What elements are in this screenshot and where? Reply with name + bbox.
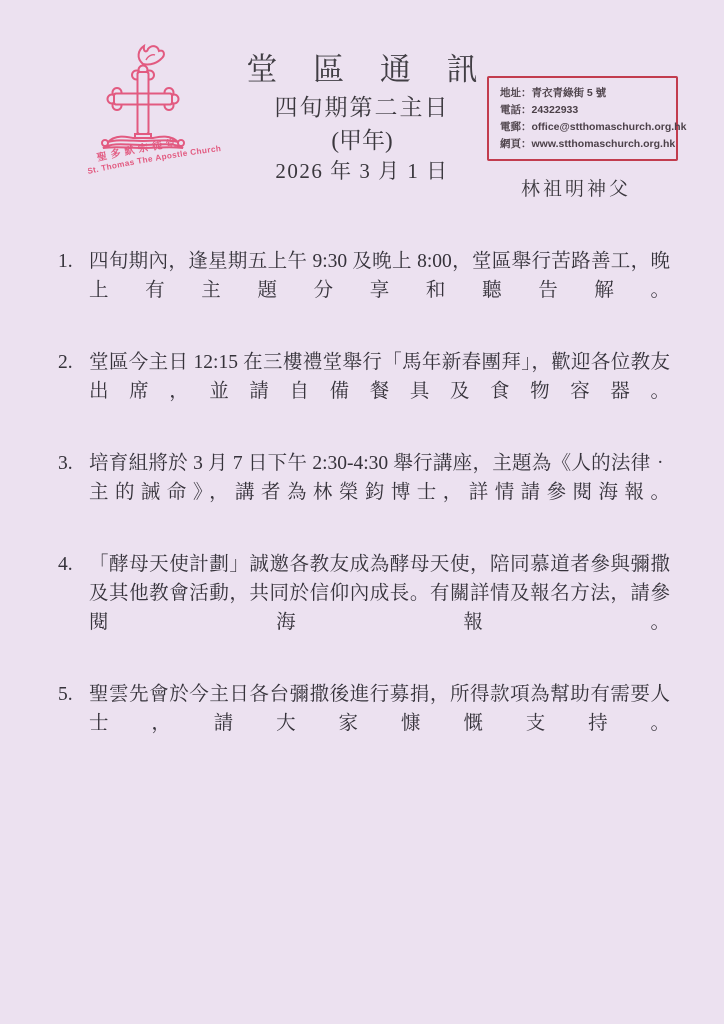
contact-address: 地址：青衣青綠街 5 號 (500, 85, 668, 102)
notice-item-2: 2. 堂區今主日 12:15 在三樓禮堂舉行「馬年新春團拜」，歡迎各位教友出席，… (58, 348, 670, 435)
website-label: 網頁： (500, 138, 532, 150)
email-value: office@stthomaschurch.org.hk (532, 121, 687, 133)
notice-number: 3. (58, 449, 89, 536)
contact-email: 電郵：office@stthomaschurch.org.hk (500, 119, 668, 136)
email-label: 電郵： (500, 121, 532, 133)
page-title: 堂 區 通 訊 (212, 44, 512, 89)
issue-date: 2026 年 3 月 1 日 (212, 155, 512, 185)
address-label: 地址： (500, 87, 532, 99)
liturgical-year: (甲年) (212, 122, 512, 155)
notice-item-1: 1. 四旬期內，逢星期五上午 9:30 及晚上 8:00，堂區舉行苦路善工，晚上… (58, 247, 670, 334)
notice-item-5: 5. 聖雲先會於今主日各台彌撒後進行募捐，所得款項為幫助有需要人士，請大家慷慨支… (58, 680, 670, 767)
contact-box: 地址：青衣青綠街 5 號 電話：24322933 電郵：office@sttho… (487, 76, 678, 161)
bulletin-page: 聖多默宗徒堂 St. Thomas The Apostle Church 堂 區… (0, 0, 724, 1024)
notice-text: 聖雲先會於今主日各台彌撒後進行募捐，所得款項為幫助有需要人士，請大家慷慨支持。 (89, 680, 670, 767)
notice-number: 5. (58, 680, 89, 767)
notice-item-3: 3. 培育組將於 3 月 7 日下午 2:30-4:30 舉行講座，主題為《人的… (58, 449, 670, 536)
notice-text: 「酵母天使計劃」誠邀各教友成為酵母天使，陪同慕道者參與彌撒及其他教會活動，共同於… (89, 550, 670, 666)
website-value: www.stthomaschurch.org.hk (532, 138, 676, 150)
address-value: 青衣青綠街 5 號 (532, 87, 607, 99)
cross-flame-icon: 聖多默宗徒堂 St. Thomas The Apostle Church (88, 42, 238, 177)
liturgical-sunday: 四旬期第二主日 (212, 89, 512, 122)
notice-number: 2. (58, 348, 89, 435)
notice-text: 四旬期內，逢星期五上午 9:30 及晚上 8:00，堂區舉行苦路善工，晚上有主題… (89, 247, 670, 334)
notice-item-4: 4. 「酵母天使計劃」誠邀各教友成為酵母天使，陪同慕道者參與彌撒及其他教會活動，… (58, 550, 670, 666)
notice-list: 1. 四旬期內，逢星期五上午 9:30 及晚上 8:00，堂區舉行苦路善工，晚上… (0, 247, 724, 781)
phone-value: 24322933 (532, 104, 579, 116)
contact-phone: 電話：24322933 (500, 102, 668, 119)
notice-number: 4. (58, 550, 89, 666)
priest-name: 林祖明神父 (521, 174, 631, 201)
contact-website: 網頁：www.stthomaschurch.org.hk (500, 136, 668, 153)
phone-label: 電話： (500, 104, 532, 116)
church-logo: 聖多默宗徒堂 St. Thomas The Apostle Church (88, 42, 238, 177)
notice-text: 堂區今主日 12:15 在三樓禮堂舉行「馬年新春團拜」，歡迎各位教友出席，並請自… (89, 348, 670, 435)
notice-number: 1. (58, 247, 89, 334)
notice-text: 培育組將於 3 月 7 日下午 2:30-4:30 舉行講座，主題為《人的法律‧… (89, 449, 670, 536)
